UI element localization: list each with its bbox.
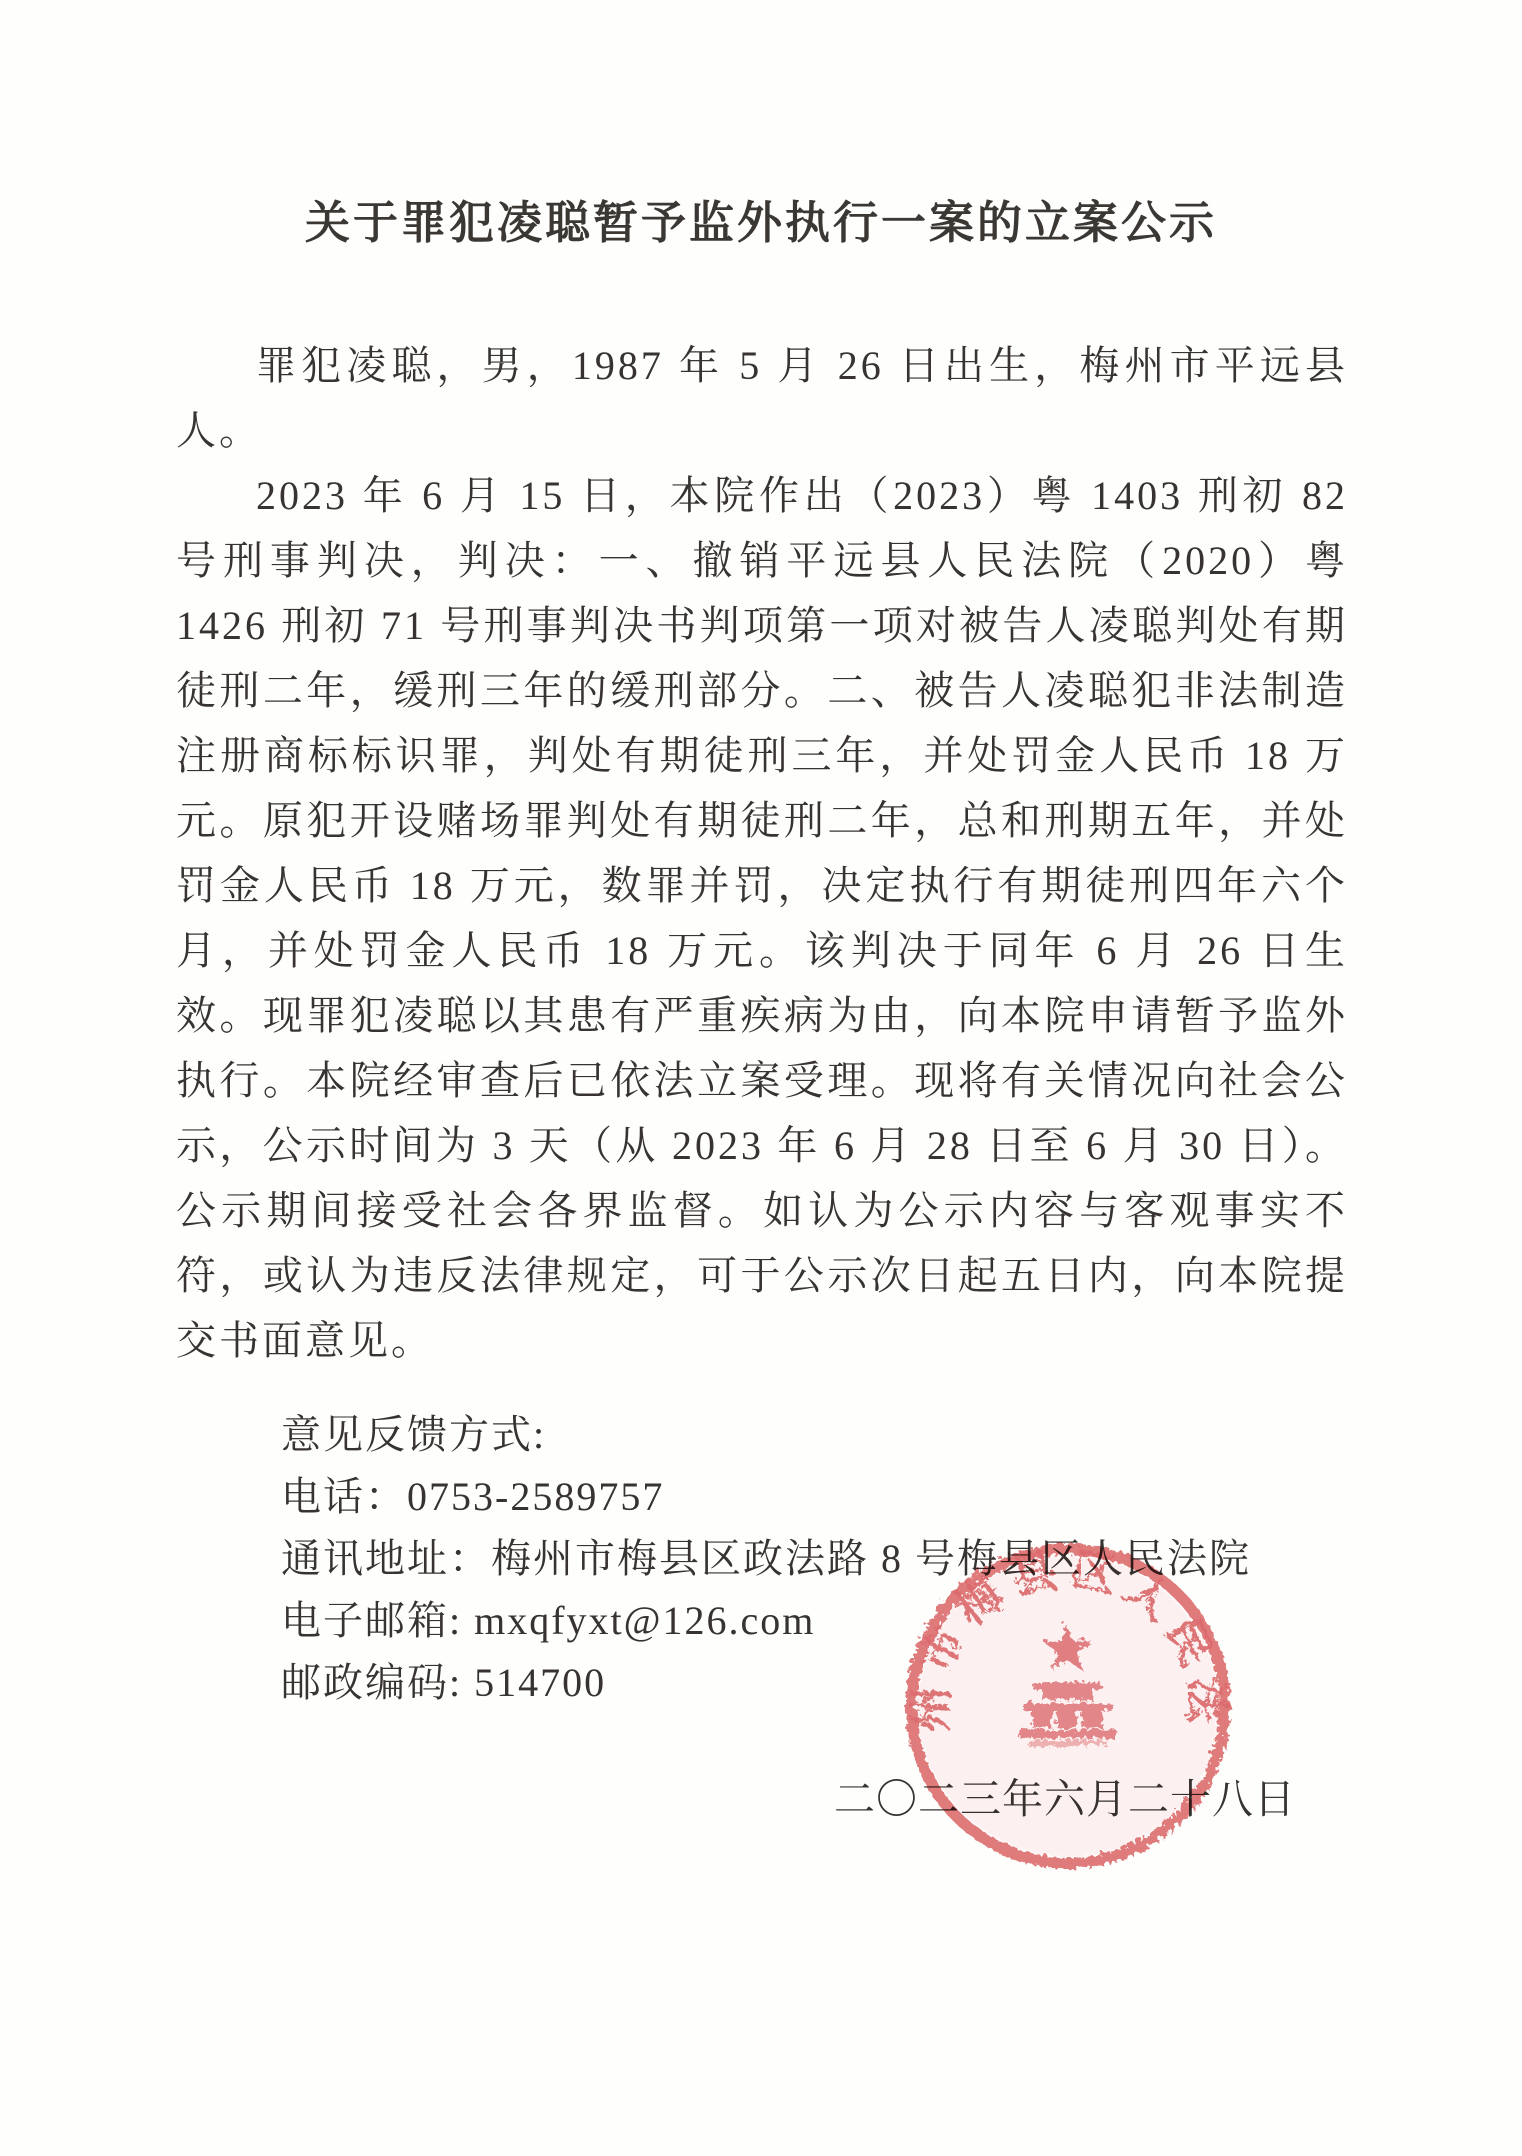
phone-value: 0753-2589757 [407,1474,664,1519]
feedback-section: 意见反馈方式: 电话：0753-2589757 通讯地址：梅州市梅县区政法路 8… [281,1404,1181,1714]
feedback-line-postcode: 邮政编码: 514700 [281,1652,1181,1714]
paragraph-intro: 罪犯凌聪，男，1987 年 5 月 26 日出生，梅州市平远县人。 [176,333,1348,463]
postcode-label: 邮政编码: [281,1660,474,1705]
document-date: 二〇二三年六月二十八日 [834,1766,1296,1825]
paragraph-main: 2023 年 6 月 15 日，本院作出（2023）粤 1403 刑初 82 号… [176,463,1348,1373]
feedback-line-address: 通讯地址：梅州市梅县区政法路 8 号梅县区人民法院 [281,1528,1181,1590]
postcode-value: 514700 [474,1660,606,1705]
address-value: 梅州市梅县区政法路 8 号梅县区人民法院 [491,1536,1251,1581]
address-label: 通讯地址： [281,1536,491,1581]
document-title: 关于罪犯凌聪暂予监外执行一案的立案公示 [0,186,1522,251]
feedback-line-phone: 电话：0753-2589757 [281,1466,1181,1528]
email-label: 电子邮箱: [281,1598,474,1643]
phone-label: 电话： [281,1474,407,1519]
document-body: 罪犯凌聪，男，1987 年 5 月 26 日出生，梅州市平远县人。 2023 年… [176,333,1348,1373]
feedback-line-email: 电子邮箱: mxqfyxt@126.com [281,1590,1181,1652]
document-page: 关于罪犯凌聪暂予监外执行一案的立案公示 罪犯凌聪，男，1987 年 5 月 26… [0,0,1522,2156]
email-value: mxqfyxt@126.com [474,1598,815,1643]
feedback-heading: 意见反馈方式: [281,1404,1181,1466]
